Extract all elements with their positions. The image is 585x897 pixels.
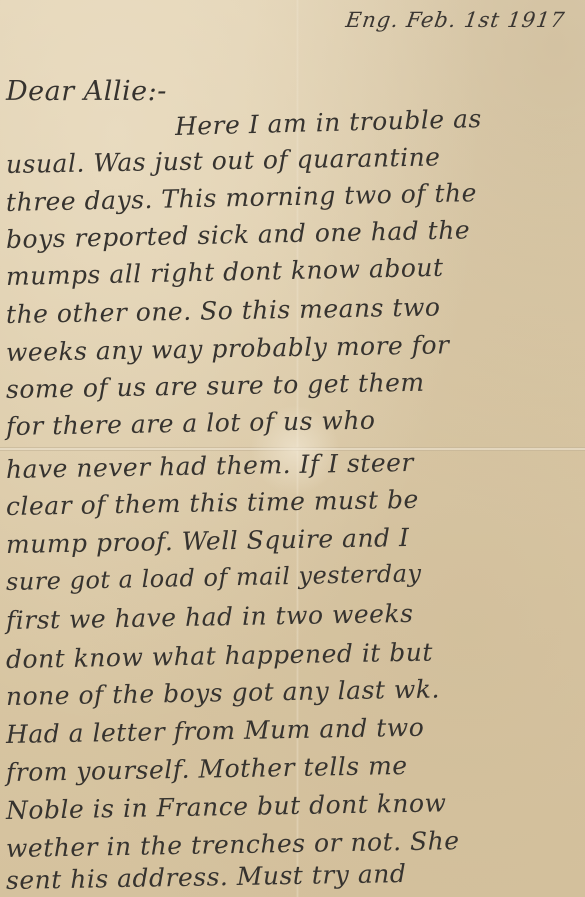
letter-line: from yourself. Mother tells me (6, 751, 408, 787)
letter-line: Noble is in France but dont know (6, 788, 447, 825)
letter-line: first we have had in two weeks (6, 599, 414, 635)
letter-line: dont know what happened it but (6, 638, 433, 674)
letter-salutation: Dear Allie:- (6, 76, 167, 107)
letter-line: usual. Was just out of quarantine (6, 142, 441, 179)
letter-line: Had a letter from Mum and two (6, 713, 425, 749)
letter-line: none of the boys got any last wk. (6, 674, 440, 711)
letter-line: Here I am in trouble as (175, 104, 482, 141)
letter-line: three days. This morning two of the (6, 178, 477, 217)
letter-page: Eng. Feb. 1st 1917 Dear Allie:- Here I a… (0, 0, 585, 897)
letter-date: Eng. Feb. 1st 1917 (344, 8, 566, 32)
letter-line: wether in the trenches or not. She (6, 826, 460, 863)
letter-line: have never had them. If I steer (6, 448, 414, 484)
letter-line: weeks any way probably more for (6, 330, 450, 367)
letter-line: sure got a load of mail yesterday (6, 559, 422, 596)
letter-line: boys reported sick and one had the (6, 215, 471, 254)
letter-line: clear of them this time must be (6, 485, 419, 521)
letter-line: the other one. So this means two (6, 292, 441, 329)
letter-line: some of us are sure to get them (6, 368, 425, 404)
letter-line: sent his address. Must try and (6, 859, 407, 895)
letter-line: mump proof. Well Squire and I (6, 523, 410, 559)
letter-line: mumps all right dont know about (6, 253, 444, 291)
